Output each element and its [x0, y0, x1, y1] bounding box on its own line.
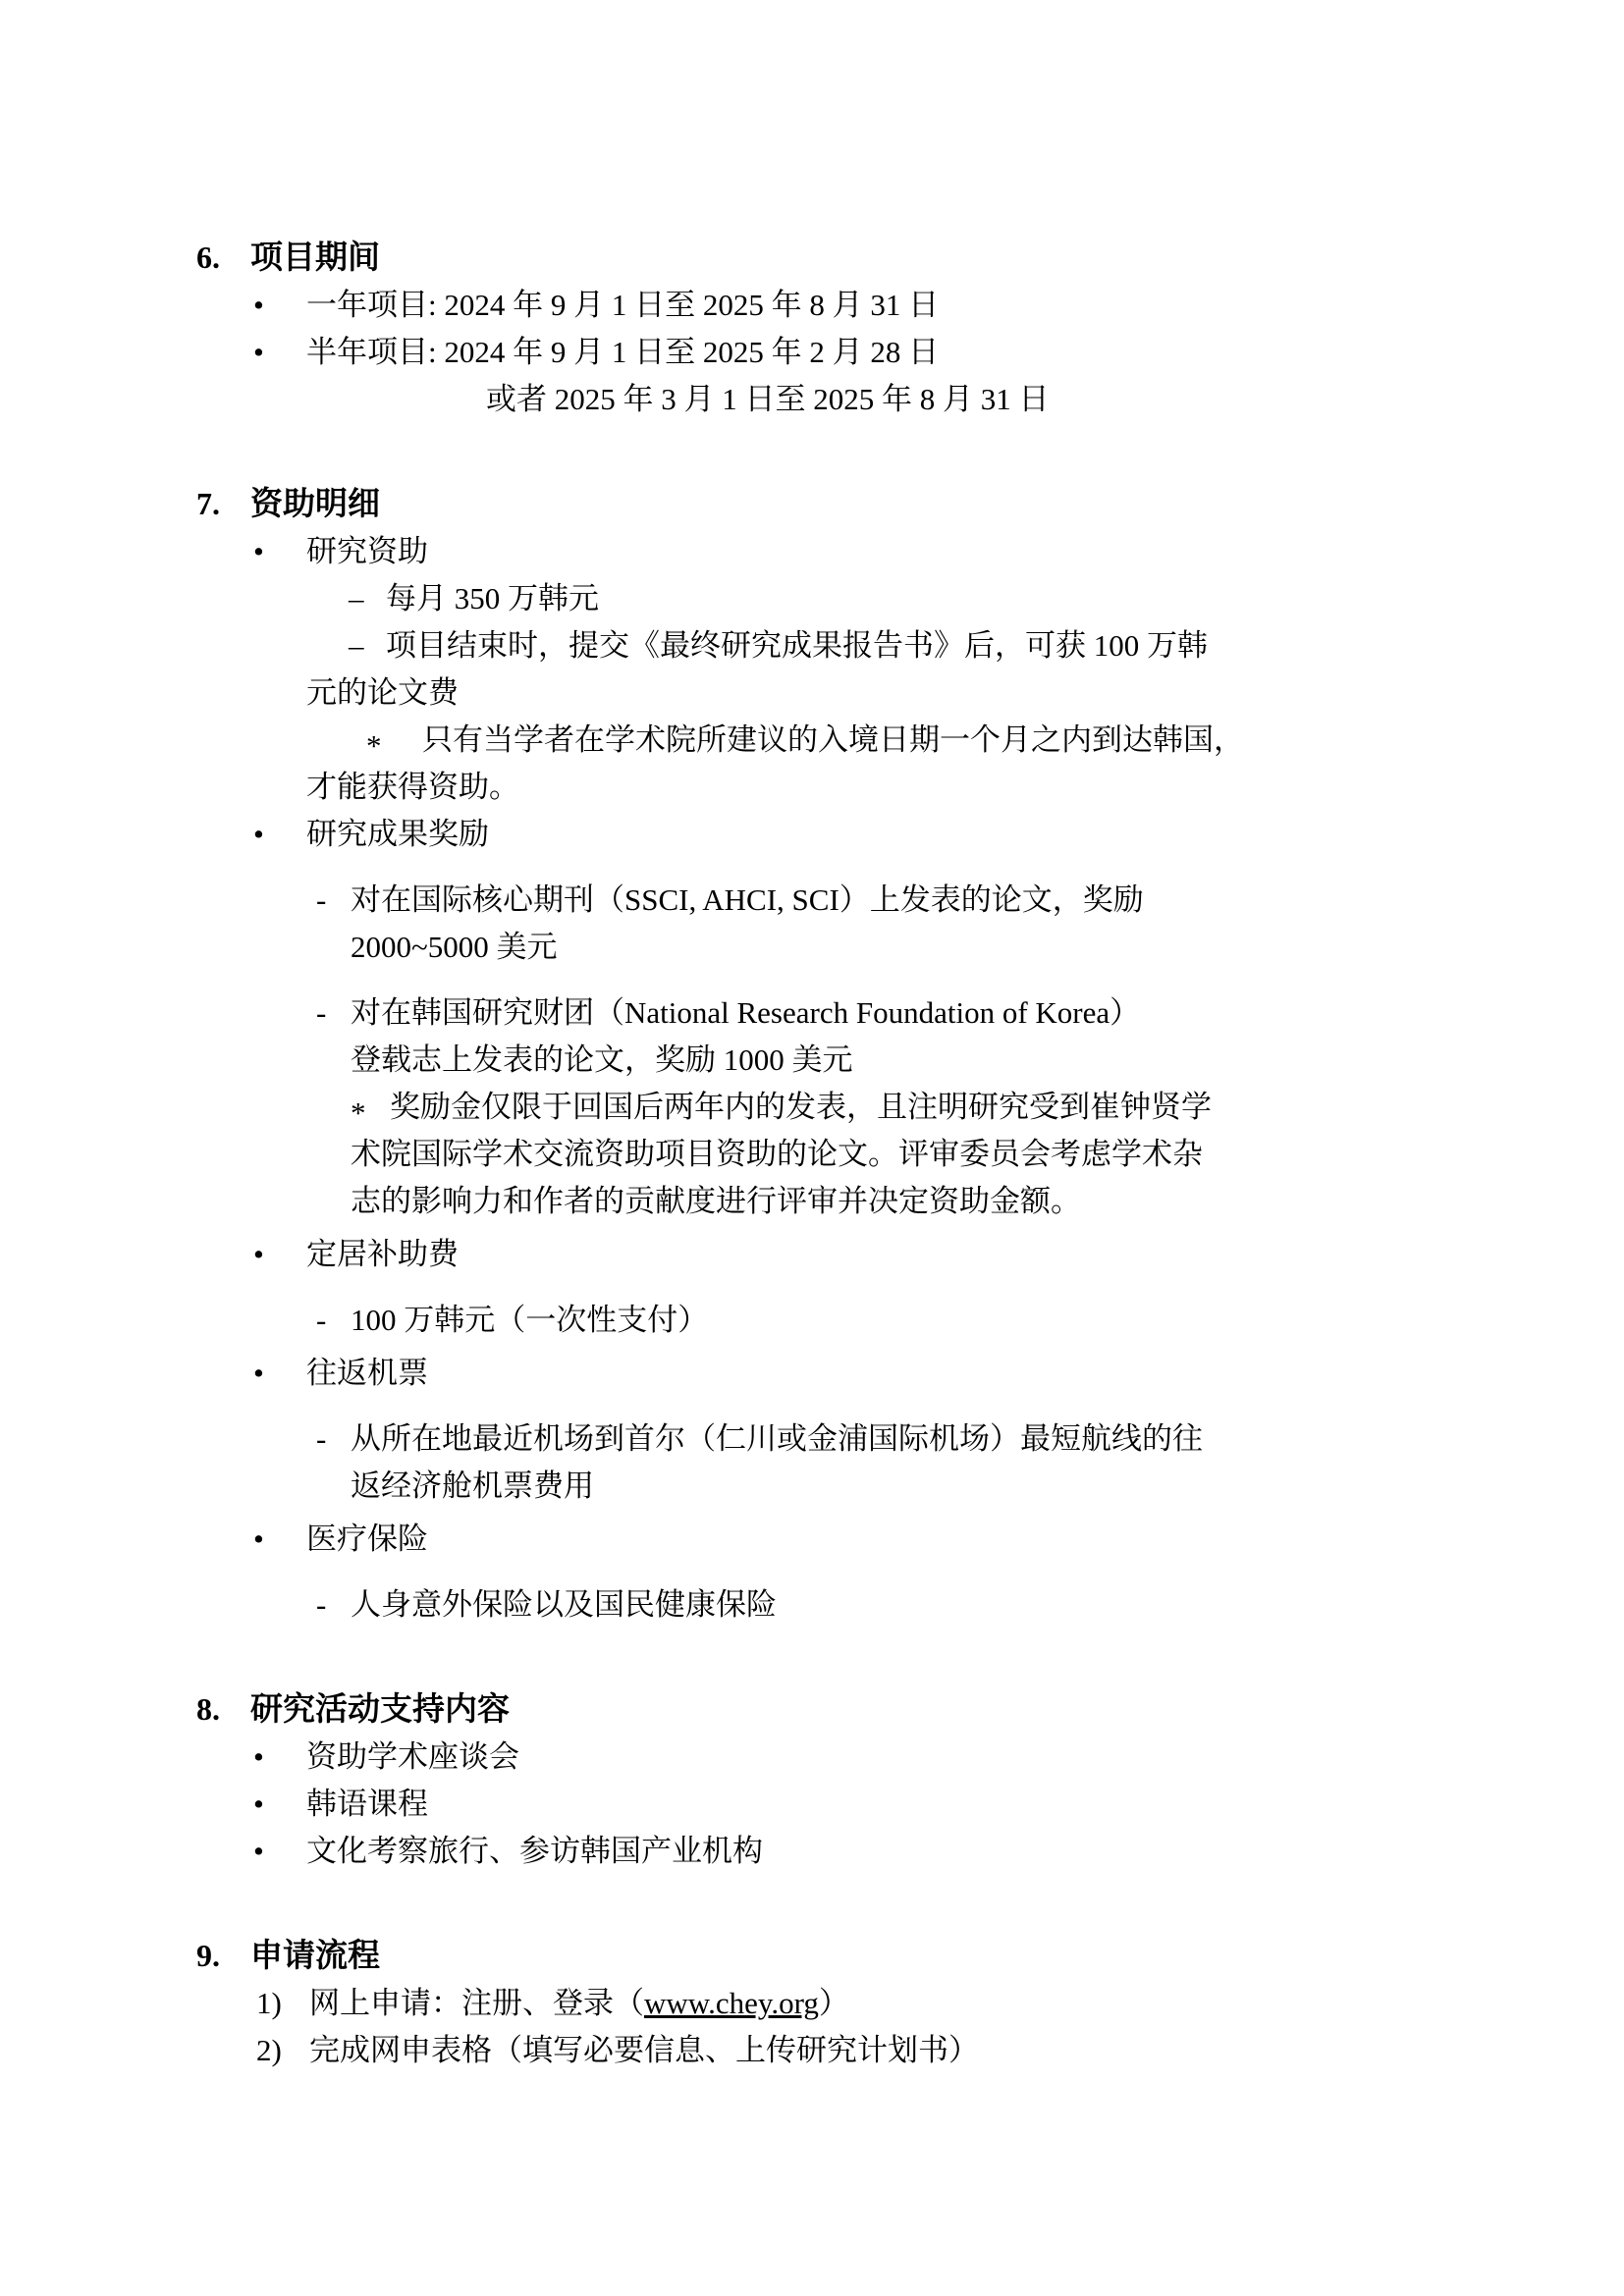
- sub-item-insurance-detail: -人身意外保险以及国民健康保险: [0, 1581, 1624, 1629]
- list-item-text: 研究成果奖励: [306, 817, 489, 851]
- step-number: 2): [256, 2027, 309, 2074]
- list-item-text: 医疗保险: [306, 1522, 428, 1556]
- footnote-text: 只有当学者在学术院所建议的入境日期一个月之内到达韩国，: [422, 722, 1244, 757]
- sub-item-text: 每月 350 万韩元: [386, 581, 599, 615]
- asterisk-icon: *: [351, 1084, 390, 1131]
- dash-icon: -: [316, 1581, 351, 1629]
- sub-item-text: 人身意外保险以及国民健康保险: [351, 1587, 777, 1622]
- bullet-icon: •: [253, 329, 306, 376]
- section-number: 7.: [196, 480, 250, 527]
- bullet-icon: •: [253, 1734, 306, 1781]
- sub-item-line-continuation: 返经济舱机票费用: [351, 1463, 1624, 1510]
- step-text: 完成网申表格（填写必要信息、上传研究计划书）: [309, 2033, 979, 2067]
- dash-icon: -: [316, 1415, 351, 1463]
- section-number: 9.: [196, 1932, 250, 1979]
- section-number: 8.: [196, 1685, 250, 1733]
- footnote-award-conditions: *奖励金仅限于回国后两年内的发表，且注明研究受到崔钟贤学: [351, 1084, 1624, 1131]
- apply-step-1: 1)网上申请：注册、登录（www.chey.org）: [256, 1980, 1624, 2027]
- document-page: 6.项目期间 •一年项目: 2024 年 9 月 1 日至 2025 年 8 月…: [0, 0, 1624, 2074]
- dash-icon: –: [349, 622, 386, 669]
- sub-item-line-continuation: 2000~5000 美元: [351, 924, 1624, 971]
- sub-item-text: 从所在地最近机场到首尔（仁川或金浦国际机场）最短航线的往: [351, 1421, 1203, 1456]
- footnote-award-conditions-continuation: 术院国际学术交流资助项目资助的论文。评审委员会考虑学术杂: [351, 1131, 1624, 1178]
- sub-item-monthly-stipend: –每月 350 万韩元: [349, 575, 1624, 622]
- footnote-award-conditions-continuation: 志的影响力和作者的贡献度进行评审并决定资助金额。: [351, 1178, 1624, 1225]
- bullet-icon: •: [253, 528, 306, 575]
- sub-item-settlement-amount: -100 万韩元（一次性支付）: [0, 1297, 1624, 1344]
- list-item-round-trip-ticket: •往返机票: [253, 1350, 1624, 1397]
- sub-item-ticket-detail: -从所在地最近机场到首尔（仁川或金浦国际机场）最短航线的往 返经济舱机票费用: [0, 1415, 1624, 1510]
- step-number: 1): [256, 1980, 309, 2027]
- list-item-text: 半年项目: 2024 年 9 月 1 日至 2025 年 2 月 28 日: [306, 335, 939, 369]
- list-item-one-year-program: •一年项目: 2024 年 9 月 1 日至 2025 年 8 月 31 日: [253, 282, 1624, 329]
- sub-item-intl-journal-award: -对在国际核心期刊（SSCI, AHCI, SCI）上发表的论文，奖励 2000…: [0, 877, 1624, 971]
- section-number: 6.: [196, 234, 250, 281]
- dash-icon: -: [316, 989, 351, 1037]
- section-heading-9: 9.申请流程: [196, 1932, 1624, 1980]
- dash-icon: –: [349, 575, 386, 622]
- bullet-icon: •: [253, 1781, 306, 1828]
- section-title: 研究活动支持内容: [250, 1692, 510, 1728]
- list-item-text: 研究资助: [306, 534, 428, 568]
- sub-item-paper-fee: –项目结束时，提交《最终研究成果报告书》后，可获 100 万韩: [349, 622, 1624, 669]
- footnote-arrival-condition-continuation: 才能获得资助。: [306, 764, 1624, 811]
- asterisk-icon: *: [366, 717, 422, 764]
- sub-item-line: -人身意外保险以及国民健康保险: [316, 1581, 1624, 1629]
- list-item-text: 文化考察旅行、参访韩国产业机构: [306, 1834, 763, 1868]
- step-text: 网上申请：注册、登录（: [309, 1986, 644, 2020]
- list-item-text: 资助学术座谈会: [306, 1739, 519, 1774]
- section-title: 申请流程: [250, 1939, 380, 1974]
- list-item-settlement-allowance: •定居补助费: [253, 1231, 1624, 1278]
- sub-item-line: -从所在地最近机场到首尔（仁川或金浦国际机场）最短航线的往: [316, 1415, 1624, 1463]
- section-heading-7: 7.资助明细: [196, 480, 1624, 528]
- list-item-culture-tour: •文化考察旅行、参访韩国产业机构: [253, 1828, 1624, 1875]
- sub-item-text: 项目结束时，提交《最终研究成果报告书》后，可获 100 万韩: [386, 628, 1208, 663]
- footnote-arrival-condition: *只有当学者在学术院所建议的入境日期一个月之内到达韩国，: [366, 717, 1624, 764]
- footnote-text: 奖励金仅限于回国后两年内的发表，且注明研究受到崔钟贤学: [390, 1090, 1212, 1124]
- bullet-icon: •: [253, 1350, 306, 1397]
- bullet-icon: •: [253, 811, 306, 858]
- list-item-text: 韩语课程: [306, 1787, 428, 1821]
- bullet-icon: •: [253, 282, 306, 329]
- chey-website-link[interactable]: www.chey.org: [644, 1986, 819, 2020]
- list-item-research-grant: •研究资助: [253, 528, 1624, 575]
- sub-item-text: 100 万韩元（一次性支付）: [351, 1303, 708, 1337]
- apply-step-2: 2)完成网申表格（填写必要信息、上传研究计划书）: [256, 2027, 1624, 2074]
- sub-item-line: -100 万韩元（一次性支付）: [316, 1297, 1624, 1344]
- sub-item-paper-fee-continuation: 元的论文费: [306, 669, 1624, 717]
- section-title: 项目期间: [250, 240, 380, 276]
- bullet-icon: •: [253, 1516, 306, 1563]
- list-item-research-award: •研究成果奖励: [253, 811, 1624, 858]
- list-item-medical-insurance: •医疗保险: [253, 1516, 1624, 1563]
- list-item-seminar-support: •资助学术座谈会: [253, 1734, 1624, 1781]
- dash-icon: -: [316, 877, 351, 924]
- list-item-text: 一年项目: 2024 年 9 月 1 日至 2025 年 8 月 31 日: [306, 288, 939, 322]
- sub-item-line-continuation: 登载志上发表的论文，奖励 1000 美元: [351, 1037, 1624, 1084]
- section-heading-8: 8.研究活动支持内容: [196, 1685, 1624, 1734]
- list-item-text: 定居补助费: [306, 1237, 459, 1271]
- section-title: 资助明细: [250, 487, 380, 522]
- sub-item-text: 对在韩国研究财团（National Research Foundation of…: [351, 995, 1140, 1030]
- list-item-korean-course: •韩语课程: [253, 1781, 1624, 1828]
- sub-item-line: -对在国际核心期刊（SSCI, AHCI, SCI）上发表的论文，奖励: [316, 877, 1624, 924]
- sub-item-line: -对在韩国研究财团（National Research Foundation o…: [316, 989, 1624, 1037]
- list-item-half-year-program: •半年项目: 2024 年 9 月 1 日至 2025 年 2 月 28 日: [253, 329, 1624, 376]
- bullet-icon: •: [253, 1828, 306, 1875]
- dash-icon: -: [316, 1297, 351, 1344]
- list-item-text: 往返机票: [306, 1356, 428, 1390]
- section-heading-6: 6.项目期间: [196, 234, 1624, 282]
- step-text-suffix: ）: [819, 1986, 849, 2020]
- bullet-icon: •: [253, 1231, 306, 1278]
- sub-item-text: 对在国际核心期刊（SSCI, AHCI, SCI）上发表的论文，奖励: [351, 882, 1144, 917]
- half-year-alternative-dates: 或者 2025 年 3 月 1 日至 2025 年 8 月 31 日: [486, 376, 1624, 423]
- sub-item-nrf-journal-award: -对在韩国研究财团（National Research Foundation o…: [0, 989, 1624, 1225]
